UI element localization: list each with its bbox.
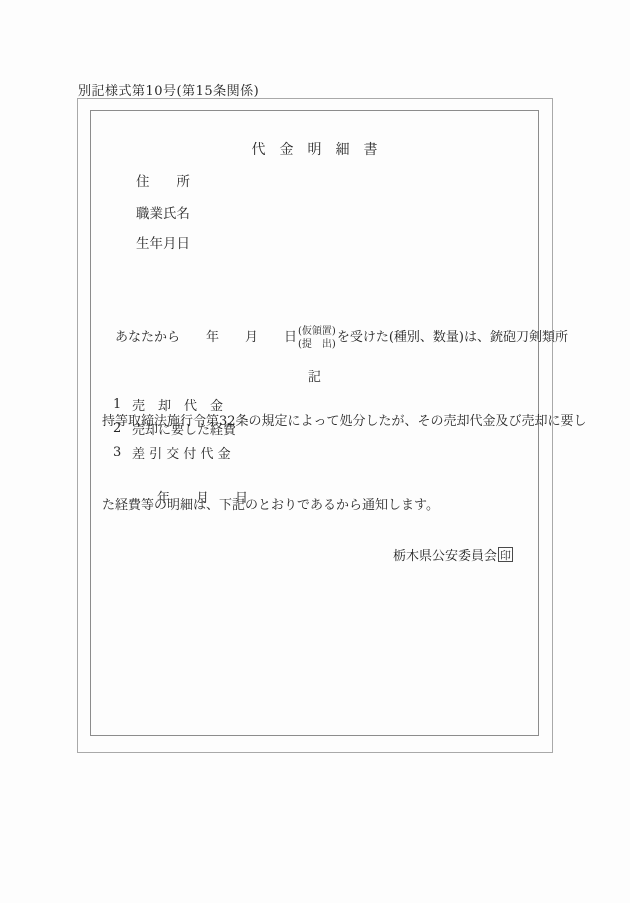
body-line1-lead: あなたから 年 月 日 (102, 324, 297, 352)
field-label-address: 住 所 (136, 170, 190, 190)
issuer-line: 栃木県公安委員会 印 (393, 545, 513, 564)
form-number-label: 別記様式第10号(第15条関係) (78, 80, 259, 99)
date-line: 年 月 日 (157, 487, 248, 506)
form-title: 代 金 明 細 書 (91, 139, 538, 159)
field-label-birthdate: 生年月日 (136, 232, 190, 252)
item-label: 差 引 交 付 代 金 (132, 443, 231, 462)
body-line1-tail: を受けた(種別、数量)は、銃砲刀剣類所 (337, 324, 568, 352)
item-label: 売却に要した経費 (132, 419, 236, 438)
field-label-occupation-name: 職業氏名 (136, 202, 190, 222)
issuer-name: 栃木県公安委員会 (393, 545, 497, 564)
item-label: 売 却 代 金 (132, 395, 223, 414)
form-border-inner: 代 金 明 細 書 住 所 職業氏名 生年月日 あなたから 年 月 日 (仮領置… (90, 110, 539, 736)
list-item-sale-proceeds: 1 売 却 代 金 (113, 392, 236, 416)
document-page: 別記様式第10号(第15条関係) 代 金 明 細 書 住 所 職業氏名 生年月日… (0, 0, 630, 903)
item-number: 1 (113, 397, 123, 412)
list-item-sale-expenses: 2 売却に要した経費 (113, 416, 236, 440)
stack-top-label: (仮領置) (298, 325, 336, 338)
item-number: 2 (113, 421, 123, 436)
item-number: 3 (113, 445, 123, 460)
record-list: 1 売 却 代 金 2 売却に要した経費 3 差 引 交 付 代 金 (113, 392, 236, 464)
record-heading: 記 (91, 366, 538, 385)
stack-bottom-label: (提 出) (298, 338, 336, 351)
body-paragraph-line1: あなたから 年 月 日 (仮領置) (提 出) を受けた(種別、数量)は、銃砲刀… (102, 324, 530, 352)
seal-mark-icon: 印 (498, 547, 513, 562)
provisional-custody-stack: (仮領置) (提 出) (298, 325, 336, 351)
list-item-net-payment: 3 差 引 交 付 代 金 (113, 440, 236, 464)
seal-label: 印 (500, 547, 511, 563)
